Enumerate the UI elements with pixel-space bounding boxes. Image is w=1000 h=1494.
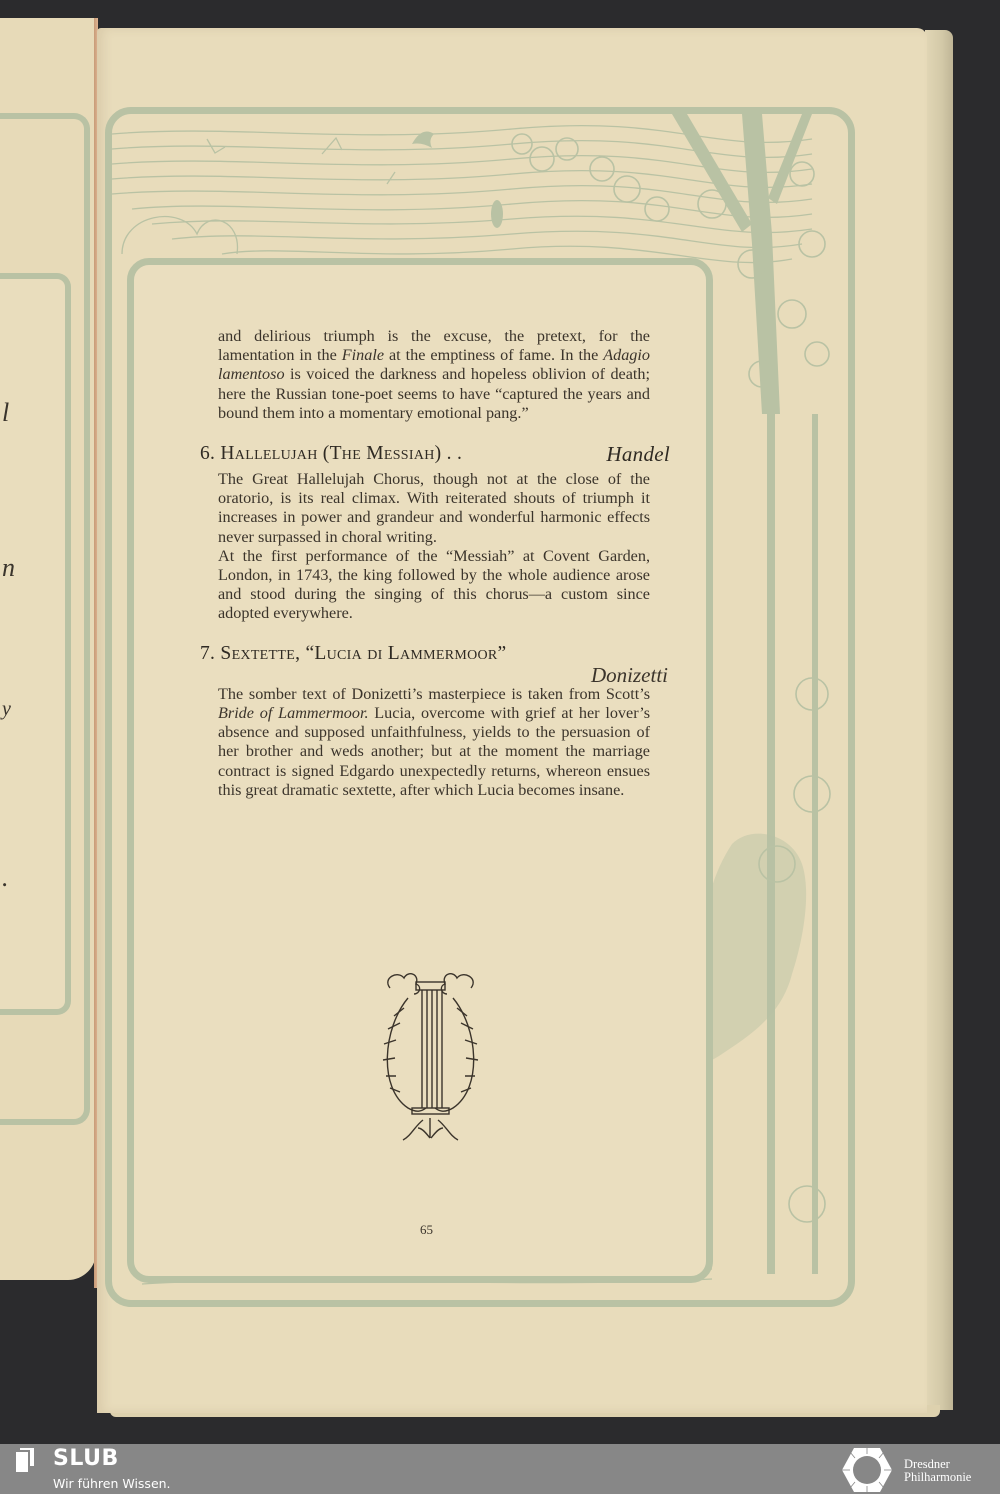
slub-logo-text[interactable]: SLUB [53, 1446, 119, 1471]
item-6-heading: 6. Hallelujah (The Messiah) . . Handel [200, 442, 670, 466]
left-page-text-fragment: y [2, 698, 11, 721]
left-page: l n y . [0, 18, 96, 1280]
item-7-paragraph: The somber text of Donizetti’s masterpie… [218, 685, 650, 800]
page-stack-edge [925, 30, 953, 1410]
item-title: Hallelujah (The Messiah) [220, 443, 441, 464]
left-page-text-fragment: n [2, 553, 15, 583]
lyre-ornament-icon [378, 968, 483, 1148]
intro-paragraph: and delirious triumph is the excuse, the… [218, 327, 650, 423]
text-column: and delirious triumph is the excuse, the… [218, 327, 650, 800]
item-number: 6. [200, 443, 215, 464]
left-page-text-fragment: . [2, 863, 9, 893]
sunburst-ring-icon [842, 1446, 892, 1494]
leader-dots: . . [441, 443, 467, 464]
left-page-inner-frame [0, 273, 71, 1015]
item-6-paragraph: At the first performance of the “Messiah… [218, 547, 650, 624]
slub-tagline: Wir führen Wissen. [53, 1476, 171, 1491]
italic-title: Bride of Lammermoor. [218, 704, 369, 722]
page-number: 65 [420, 1222, 433, 1238]
item-composer: Handel [606, 442, 670, 466]
dresdner-philharmonie-logo-text[interactable]: Dresdner Philharmonie [904, 1458, 971, 1484]
item-title: Sextette, “Lucia di Lammermoor” [220, 643, 506, 664]
left-page-text-fragment: l [2, 398, 9, 428]
book-icon [14, 1448, 40, 1472]
item-composer: Donizetti [216, 666, 668, 685]
item-6-paragraph: The Great Hallelujah Chorus, though not … [218, 470, 650, 547]
item-number: 7. [200, 643, 215, 664]
italic-term: Finale [342, 346, 384, 364]
